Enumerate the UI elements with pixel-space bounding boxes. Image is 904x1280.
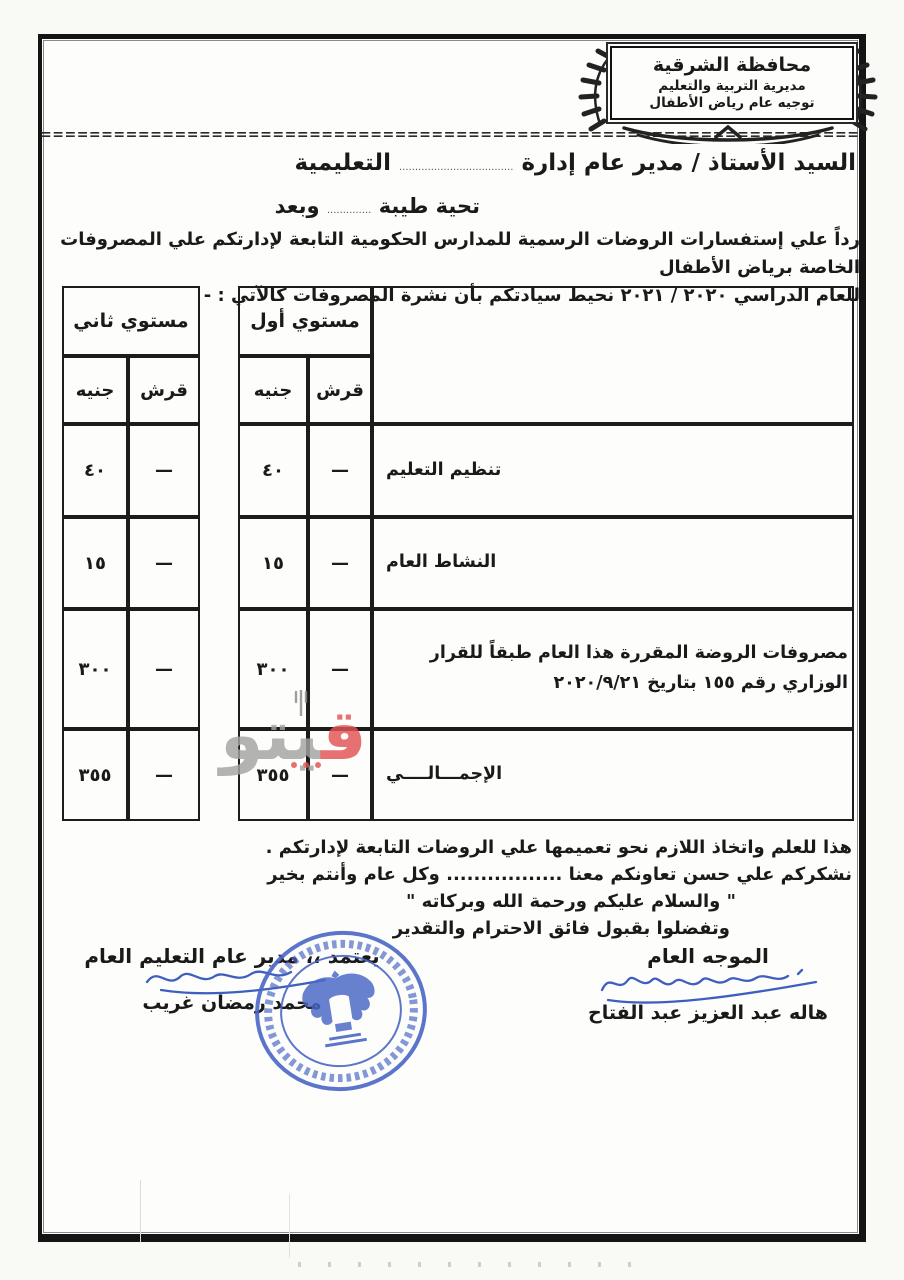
scan-fold-line xyxy=(140,1180,141,1242)
emblem-box: محافظة الشرقية مديرية التربية والتعليم ت… xyxy=(606,42,858,124)
table-cell: ٣٠٠ xyxy=(62,609,128,729)
table-cell: — xyxy=(128,729,200,821)
table-cell: ٤٠ xyxy=(238,424,308,517)
greeting-line: تحية طيبة .............. وبعد xyxy=(275,194,480,218)
closing-block: هذا للعلم واتخاذ اللازم نحو تعميمها علي … xyxy=(140,834,852,942)
addressee-dotted-blank: .................................... xyxy=(399,162,513,173)
governorate-name: محافظة الشرقية xyxy=(653,54,811,78)
table-cell: ٣٥٥ xyxy=(62,729,128,821)
scan-fold-line xyxy=(289,1194,290,1258)
header-emblem: محافظة الشرقية مديرية التربية والتعليم ت… xyxy=(578,40,878,144)
table-cell: — xyxy=(128,517,200,609)
fees-table: مستوي ثاني مستوي أول جنيه قرش جنيه قرش ٤… xyxy=(62,286,854,821)
closing-line-3: " والسلام عليكم ورحمة الله وبركاته " xyxy=(140,888,852,915)
body-line-1: رداً علي إستفسارات الروضات الرسمية للمدا… xyxy=(56,226,860,282)
addressee-line: السيد الأستاذ / مدير عام إدارة .........… xyxy=(295,150,856,176)
l1-pound-label: جنيه xyxy=(238,356,308,424)
directorate-name: مديرية التربية والتعليم xyxy=(658,78,805,95)
supervisor-name: هاله عبد العزيز عبد الفتاح xyxy=(556,1002,860,1024)
table-cell: ١٥ xyxy=(62,517,128,609)
official-stamp xyxy=(250,926,432,1096)
greeting-suffix: وبعد xyxy=(275,194,320,218)
table-row-item: الإجمـــالــــي xyxy=(372,729,854,821)
table-cell: ٤٠ xyxy=(62,424,128,517)
fork-icon xyxy=(293,690,309,716)
closing-line-2: نشكركم علي حسن تعاونكم معنا ............… xyxy=(140,861,852,888)
greeting-dotted-blank: .............. xyxy=(327,205,372,216)
addressee-text: السيد الأستاذ / مدير عام إدارة xyxy=(521,150,856,176)
description-header-cell xyxy=(372,286,854,424)
addressee-entity: التعليمية xyxy=(295,150,391,176)
watermark-dots xyxy=(291,762,321,768)
table-row-item: مصروفات الروضة المقررة هذا العام طبقاً ل… xyxy=(372,609,854,729)
level1-header-cell: مستوي أول xyxy=(238,286,372,356)
table-cell: — xyxy=(128,424,200,517)
l1-piaster-label: قرش xyxy=(308,356,372,424)
closing-line-1: هذا للعلم واتخاذ اللازم نحو تعميمها علي … xyxy=(140,834,852,861)
table-row-item: النشاط العام xyxy=(372,517,854,609)
scanned-letter-page: محافظة الشرقية مديرية التربية والتعليم ت… xyxy=(0,0,904,1280)
watermark-red-letter: ق xyxy=(321,694,367,776)
level2-header-cell: مستوي ثاني xyxy=(62,286,200,356)
table-cell: — xyxy=(308,517,372,609)
site-watermark: قيتو xyxy=(220,700,367,770)
closing-line-4: وتفضلوا بقبول فائق الاحترام والتقدير xyxy=(140,915,852,942)
l2-pound-label: جنيه xyxy=(62,356,128,424)
l2-piaster-label: قرش xyxy=(128,356,200,424)
department-name: توجيه عام رياض الأطفال xyxy=(649,95,814,112)
table-cell: — xyxy=(128,609,200,729)
signature-block-general-supervisor: الموجه العام هاله عبد العزيز عبد الفتاح xyxy=(556,944,860,1024)
table-cell: ١٥ xyxy=(238,517,308,609)
scan-artifact-marks xyxy=(298,1262,648,1267)
table-row-item: تنظيم التعليم xyxy=(372,424,854,517)
table-cell: — xyxy=(308,424,372,517)
greeting-text: تحية طيبة xyxy=(379,194,480,218)
